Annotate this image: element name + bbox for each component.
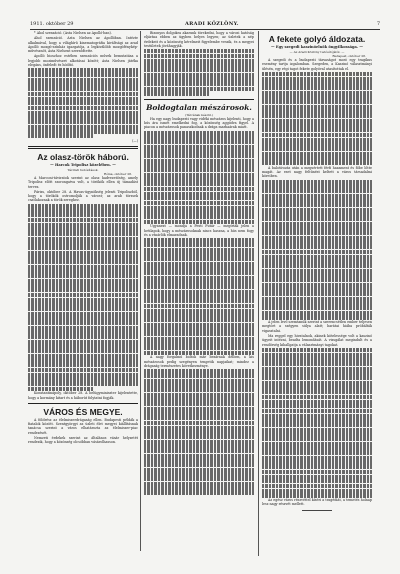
- headline-unhappy-butchers: Boldogtalan mészárosok.: [144, 103, 254, 112]
- article-paragraph: A földrész az élelmiszerdrágaság ellen. …: [28, 418, 138, 435]
- end-of-article-rule: [302, 510, 332, 511]
- section-divider: [28, 403, 138, 404]
- section-divider: [144, 99, 254, 100]
- article-paragraph: A nagy forgalmú boltok már bezárnak délb…: [144, 355, 254, 368]
- issue-date: 1911. október 29: [30, 20, 73, 28]
- article-signature: (—): [28, 139, 138, 143]
- page-number: 7: [377, 20, 380, 28]
- newspaper-title: ARADI KÖZLÖNY.: [185, 20, 239, 28]
- filler-text: [28, 204, 138, 391]
- column-divider: [140, 31, 141, 551]
- article-paragraph: A jelen levő szemtanúk szerint a szerenc…: [262, 320, 372, 333]
- article-lead: * Ahol szenzáció. (Asta Nielsen az Apoll…: [28, 31, 138, 35]
- headline-city-and-county: VÁROS ÉS MEGYE.: [28, 407, 138, 417]
- article-paragraph: Az egész város részvéttel kíséri a tragé…: [262, 498, 372, 507]
- article-paragraph: A balotírozás után a megsértett férfi ha…: [262, 166, 372, 179]
- article-paragraph: Bizonyos dolgokra akarunk törekedni, hog…: [144, 31, 254, 48]
- filler-text: [262, 72, 372, 165]
- article-paragraph: Nemzeti érdekek szerint az általános vás…: [28, 436, 138, 445]
- article-paragraph: Apolló bioszhoz estében szenzációs művek…: [28, 54, 138, 67]
- filler-text: [144, 131, 254, 224]
- headline-black-ball-victim: A fekete golyó áldozata.: [262, 34, 372, 44]
- article-paragraph: Ha egy nagy budapesti vagy vidéki mészár…: [144, 117, 254, 130]
- column-2: Bizonyos dolgokra akarunk törekedni, hog…: [144, 31, 254, 495]
- page-header: 1911. október 29 ARADI KÖZLÖNY. 7: [30, 20, 380, 30]
- filler-text: [144, 369, 254, 495]
- column-divider: [258, 31, 259, 556]
- article-paragraph: Konstantinápoly, október 28. A belügymin…: [28, 391, 138, 400]
- filler-text: [262, 180, 372, 320]
- article-paragraph: Ugyanezt — mondja a Pesti Futár — megírt…: [144, 224, 254, 237]
- headline-italian-turkish-war: Az olasz-török háború.: [28, 152, 138, 162]
- filler-text: [262, 348, 372, 498]
- filler-text: [144, 49, 254, 95]
- article-paragraph: Ma reggel egy hivatalnok, akinek köteles…: [262, 334, 372, 347]
- column-3: A fekete golyó áldozata. — Egy szegedi k…: [262, 31, 372, 556]
- column-1: * Ahol szenzáció. (Asta Nielsen az Apoll…: [28, 31, 138, 551]
- section-divider: [28, 146, 138, 149]
- filler-text: [144, 238, 254, 355]
- filler-text: [28, 68, 138, 138]
- article-paragraph: Ahol szenzáció. Asta Nielsen az Apollóba…: [28, 36, 138, 53]
- article-paragraph: Párizs, október 28. A Havas-ügynökség je…: [28, 190, 138, 203]
- article-paragraph: A szegedi és a budapesti társaságot most…: [262, 58, 372, 71]
- article-paragraph: A Marconi-táviratok szerint az olasz had…: [28, 176, 138, 189]
